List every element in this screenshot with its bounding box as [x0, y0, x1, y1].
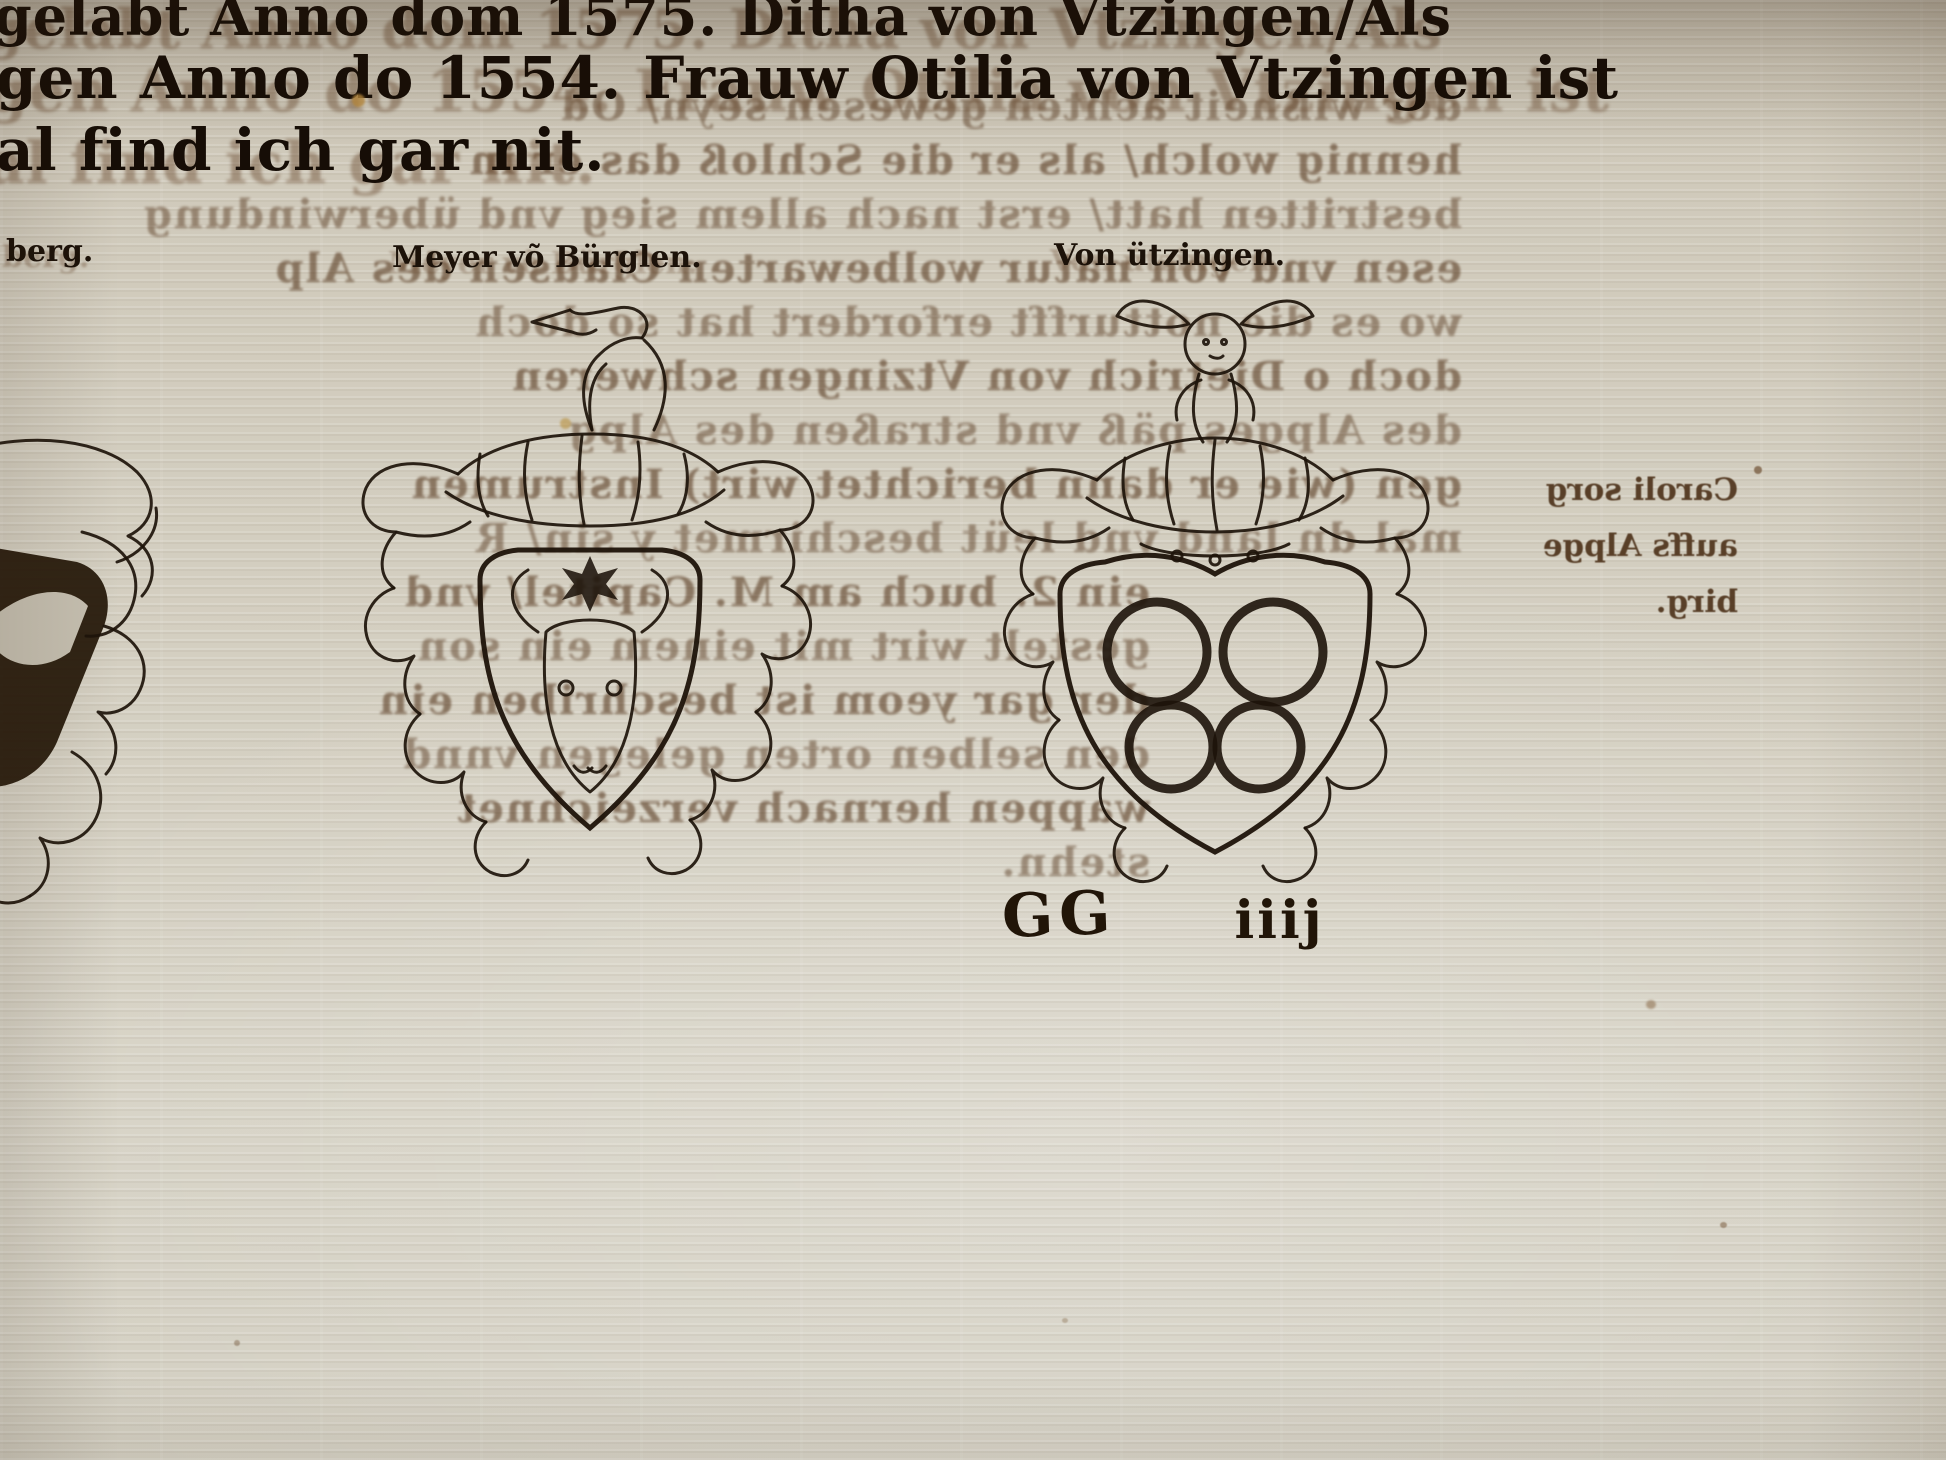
margin-note-line: Caroli sorg [1486, 462, 1738, 518]
margin-note-line: auffs Alpge [1486, 518, 1738, 574]
headline-line-2: gen Anno do 1554. Frauw Otilia von Vtzin… [0, 44, 1619, 112]
headline-line-1: gelabt Anno dom 1575. Ditha von Vtzingen… [0, 0, 1452, 48]
foxing-spot [1720, 1222, 1727, 1228]
foxing-spot [1754, 466, 1762, 474]
book-page-photo: der wißheit achten gewesen seyn/ Odhenni… [0, 0, 1946, 1460]
woodcut-arms-meyer-von-buerglen [330, 278, 850, 918]
woodcut-arms-von-uetzingen [965, 262, 1465, 932]
foxing-spot [1646, 1000, 1656, 1009]
signature-mark: GG iiij [1002, 880, 1325, 951]
woodcut-arms-partial-left [0, 412, 182, 922]
foxing-spot [234, 1340, 240, 1346]
headline-line-3: al find ich gar nit. [0, 116, 606, 184]
signature-numeral: iiij [1234, 890, 1324, 951]
showthrough-line: bestritten hatt/ erst nach allem sieg vn… [0, 192, 1462, 238]
signature-letters: GG [1001, 878, 1118, 953]
margin-note-line: birg. [1486, 574, 1738, 630]
caption-meyer-von-buerglen: Meyer võ Bürglen. [392, 240, 702, 275]
margin-note-showthrough: Caroli sorgauffs Alpgebirg. [1486, 462, 1738, 630]
foxing-spot [1062, 1318, 1068, 1323]
caption-left-berg: berg. [6, 234, 93, 269]
